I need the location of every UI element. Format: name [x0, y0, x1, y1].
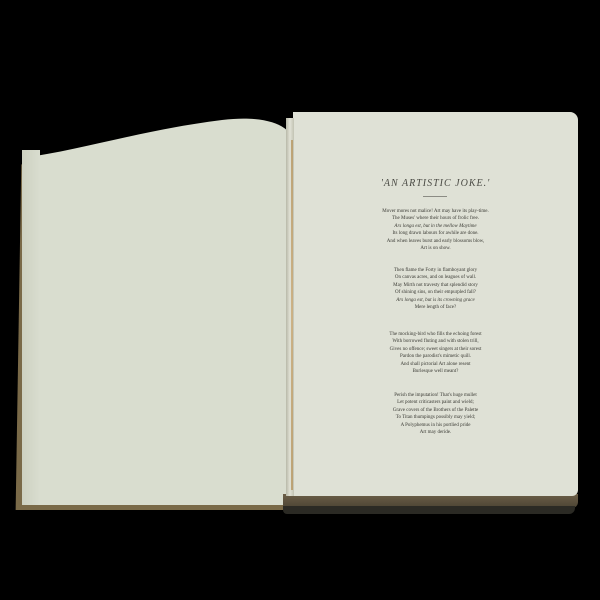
poem-line: To Titan thumpings possibly may yield; [293, 414, 578, 421]
poem-line: A Polyphemus in his portlied pride [293, 422, 578, 429]
poem-line: Gives no offence; sweet singers at their… [293, 346, 578, 353]
poem-line: Mover mores not malice! Art may have its… [293, 208, 578, 215]
poem-line: And shall pictorial Art alone resent [293, 361, 578, 368]
poem-line: The Muses' where their hours of frolic f… [293, 215, 578, 222]
poem-line: Mere length of face? [293, 304, 578, 311]
poem-line: Burlesque well meant? [293, 368, 578, 375]
poem-title: 'AN ARTISTIC JOKE.' [293, 178, 578, 189]
poem-line: Pardon the parodist's mimetic quill. [293, 353, 578, 360]
photo-background: 'AN ARTISTIC JOKE.' Mover mores not mali… [0, 0, 600, 600]
poem-line: Let potent criticasters paint and wield; [293, 399, 578, 406]
book-spine-bottom [283, 506, 575, 514]
poem-line: With borrowed fluting and with stolen tr… [293, 338, 578, 345]
stanza-1: Mover mores not malice! Art may have its… [293, 208, 578, 252]
poem-line: Ars longa est, but is its crowning grace [293, 297, 578, 304]
poem-line: On canvas acres, and on leagues of wall. [293, 274, 578, 281]
left-page-fore-edge [22, 150, 40, 505]
poem-line: Ars longa est, but in the mellow Maytime [293, 223, 578, 230]
poem-line: Perish the imputation! That's huge mulle… [293, 392, 578, 399]
poem-line: And when leaves burst and early blossoms… [293, 238, 578, 245]
left-page-blank [22, 110, 290, 505]
poem-line: Of shining sins, on their empurpled fall… [293, 289, 578, 296]
poem-line: Art may deride. [293, 429, 578, 436]
title-rule [423, 196, 447, 197]
poem-line: May Mirth not travesty that splendid sto… [293, 282, 578, 289]
poem-line: Its long drawn labours for awhile are do… [293, 230, 578, 237]
poem: 'AN ARTISTIC JOKE.' Mover mores not mali… [293, 112, 578, 496]
poem-line: Grave covers of the Brothers of the Pale… [293, 407, 578, 414]
stanza-3: The mocking-bird who fills the echoing f… [293, 331, 578, 375]
stanza-4: Perish the imputation! That's huge mulle… [293, 392, 578, 436]
stanza-2: Then flame the Forty in flamboyant glory… [293, 267, 578, 311]
poem-line: Then flame the Forty in flamboyant glory [293, 267, 578, 274]
poem-line: The mocking-bird who fills the echoing f… [293, 331, 578, 338]
poem-line: Art is on show. [293, 245, 578, 252]
